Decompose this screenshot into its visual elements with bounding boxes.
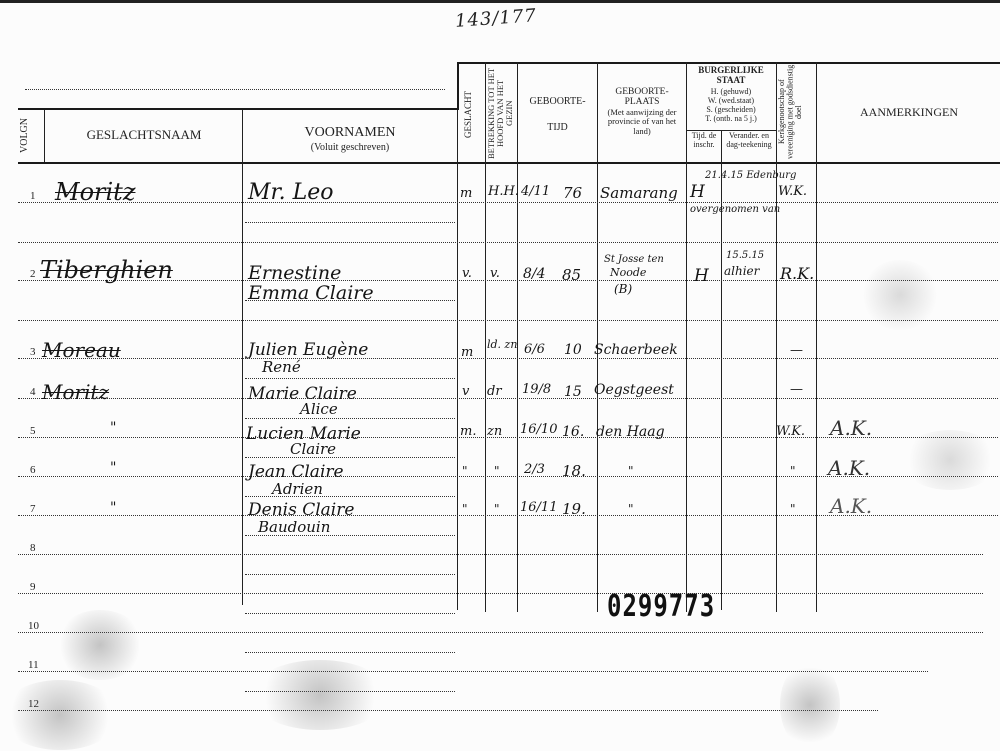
stain: [55, 610, 145, 680]
header-burgerlijke-staat: BURGERLIJKE STAAT: [688, 66, 774, 86]
row-number: 6: [30, 464, 36, 476]
serial-stamp: 0299773: [607, 589, 715, 624]
stain: [780, 660, 840, 750]
birthplace: (B): [614, 282, 632, 296]
religion: ": [790, 464, 796, 478]
header-geslacht: GESLACHT: [464, 80, 478, 150]
civil-status: H: [694, 266, 709, 286]
stain: [0, 680, 120, 750]
row-line: [18, 242, 998, 243]
birth-date: 19/8: [522, 382, 551, 397]
sex: m.: [460, 424, 476, 439]
row-line: [18, 398, 998, 399]
col-line: [597, 62, 598, 612]
birth-date: 16/10: [520, 422, 557, 437]
relation: ld. zn: [487, 338, 517, 351]
row-number: 7: [30, 503, 36, 515]
given-names: Alice: [300, 400, 338, 418]
religion: ": [790, 502, 796, 516]
given-names: Claire: [290, 440, 336, 458]
relation: ": [494, 502, 500, 516]
civil-change: 21.4.15 Edenburg: [705, 170, 796, 181]
header-geboorteplaats-1: GEBOORTE-: [598, 87, 686, 97]
religion: R.K.: [780, 264, 814, 283]
birth-year: 15: [564, 384, 582, 400]
col-line: [44, 110, 45, 162]
header-rule-left: [18, 108, 458, 110]
civil-status: H: [690, 182, 705, 202]
row-number: 5: [30, 425, 36, 437]
row-number: 3: [30, 346, 36, 358]
sex: ": [462, 502, 468, 516]
row-line: [245, 613, 455, 614]
header-geboortetijd-2: TIJD: [518, 122, 597, 133]
header-kerkgenootschap: Kerkgenootschap of vereeniging met godsd…: [778, 64, 814, 160]
remarks: A.K.: [830, 494, 872, 518]
given-names: Julien Eugène: [248, 340, 368, 360]
header-step: [457, 62, 459, 110]
religion: —: [790, 382, 803, 397]
birth-date: 8/4: [523, 266, 546, 282]
birth-year: 85: [562, 266, 581, 284]
birth-year: 19.: [562, 500, 586, 518]
given-names: Jean Claire: [248, 462, 344, 482]
sex: v: [462, 384, 469, 399]
row-line: [18, 710, 878, 711]
surname-ditto: ": [110, 460, 116, 476]
page-number: 143/177: [454, 5, 537, 32]
birthplace: Noode: [610, 266, 646, 279]
row-line: [245, 222, 455, 223]
given-names: Emma Claire: [248, 282, 374, 304]
sex: m: [460, 186, 472, 201]
row-line: [245, 574, 455, 575]
surname: Moritz: [55, 178, 135, 206]
row-number: 11: [28, 659, 39, 671]
row-line: [18, 554, 983, 555]
sex: ": [462, 464, 468, 478]
row-number: 1: [30, 190, 36, 202]
row-line: [18, 632, 983, 633]
col-line: [457, 110, 458, 610]
stain: [250, 660, 390, 730]
stain: [900, 430, 1000, 490]
row-number: 10: [28, 620, 39, 632]
col-line: [517, 62, 518, 612]
population-register-page: 143/177 VOLGN GESLACHTSNAAM VOORNAMEN (V…: [0, 0, 1000, 751]
sex: m: [461, 345, 473, 360]
header-volgn: VOLGN: [20, 113, 34, 159]
row-line: [245, 378, 455, 379]
header-betrekking: BETREKKING TOT HET HOOFD VAN HET GEZIN: [487, 66, 517, 160]
header-bottom-rule: [18, 162, 1000, 164]
top-border: [0, 0, 1000, 3]
religion: —: [790, 343, 803, 358]
birth-year: 18.: [562, 462, 586, 480]
birthplace: Samarang: [600, 184, 678, 202]
birth-date: 4/11: [521, 184, 550, 199]
header-rule-right: [457, 62, 1000, 64]
row-line: [18, 358, 998, 359]
birthplace: ": [628, 464, 634, 478]
header-geboorteplaats-sub: (Met aanwijzing der provincie of van het…: [600, 108, 684, 136]
given-names: René: [262, 358, 301, 376]
surname: Moreau: [42, 338, 121, 362]
given-names: Denis Claire: [248, 500, 354, 520]
header-geboortetijd-1: GEBOORTE-: [518, 96, 597, 107]
surname: Moritz: [42, 380, 109, 404]
religion: W.K.: [778, 184, 807, 199]
surname-ditto: ": [110, 420, 116, 436]
birthplace: Oegstgeest: [594, 382, 674, 398]
civil-change: overgenomen van: [690, 204, 780, 215]
row-line: [18, 320, 998, 321]
row-line: [245, 418, 455, 419]
header-voornamen-sub: (Voluit geschreven): [244, 142, 456, 153]
row-number: 9: [30, 581, 36, 593]
given-names: Mr. Leo: [248, 180, 334, 205]
relation: v.: [490, 266, 500, 281]
stain: [860, 260, 940, 330]
row-line: [245, 652, 455, 653]
header-dotted-line: [25, 89, 445, 90]
birth-year: 16.: [562, 424, 584, 440]
civil-change: alhier: [724, 264, 759, 278]
header-geslachtsnaam: GESLACHTSNAAM: [48, 128, 240, 142]
sex: v.: [462, 266, 472, 281]
header-tijd-inschr: Tijd. de inschr.: [687, 132, 721, 150]
birth-date: 6/6: [524, 342, 545, 357]
birthplace: Schaerbeek: [594, 342, 678, 358]
relation: dr: [487, 384, 502, 399]
birthplace: ": [628, 502, 634, 516]
surname: Tiberghien: [40, 256, 173, 284]
birth-date: 16/11: [520, 500, 557, 515]
row-line: [245, 457, 455, 458]
row-line: [18, 202, 998, 203]
col-line: [776, 62, 777, 612]
birth-year: 76: [563, 184, 582, 202]
row-number: 4: [30, 386, 36, 398]
given-names: Adrien: [272, 480, 323, 498]
header-geboorteplaats-2: PLAATS: [598, 97, 686, 107]
row-number: 8: [30, 542, 36, 554]
row-line: [18, 593, 983, 594]
birthplace: St Josse ten: [604, 254, 664, 265]
header-bs-t: T. (ontb. na 5 j.): [688, 115, 774, 124]
col-line: [816, 62, 817, 612]
birthplace: den Haag: [596, 424, 665, 440]
remarks: A.K.: [830, 416, 872, 440]
row-number: 2: [30, 268, 36, 280]
birth-year: 10: [564, 342, 582, 358]
given-names: Ernestine: [248, 262, 341, 284]
remarks: A.K.: [828, 456, 870, 480]
relation: zn: [487, 424, 502, 439]
birth-date: 2/3: [524, 462, 545, 477]
header-verander: Verander. en dag-teekening: [722, 132, 776, 150]
header-aanmerkingen: AANMERKINGEN: [818, 106, 1000, 119]
header-voornamen: VOORNAMEN: [244, 125, 456, 140]
given-names: Baudouin: [258, 518, 330, 536]
relation: H.H.: [488, 184, 519, 199]
relation: ": [494, 464, 500, 478]
religion: W.K.: [776, 424, 805, 439]
surname-ditto: ": [110, 500, 116, 516]
civil-change: 15.5.15: [726, 250, 764, 261]
